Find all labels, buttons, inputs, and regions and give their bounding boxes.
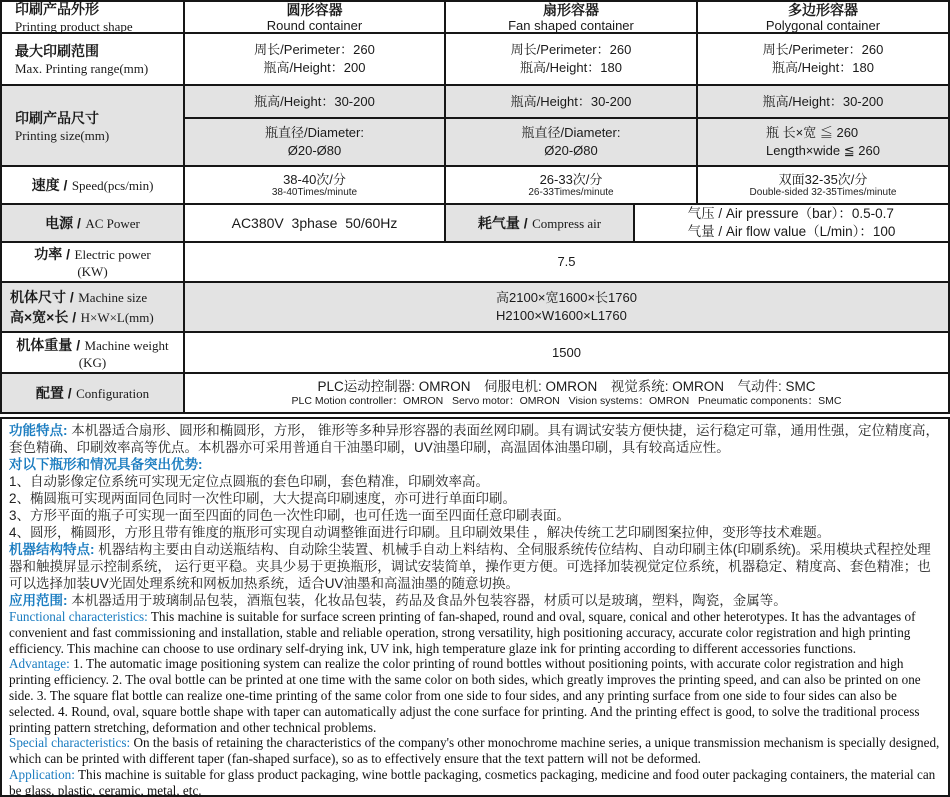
- speed-round-zh: 38-40次/分: [283, 172, 346, 187]
- cell-ac-power-value: AC380V 3phase 50/60Hz: [185, 205, 446, 241]
- label-machine-size-zh: 机体尺寸 /: [10, 289, 74, 305]
- col-round-en: Round container: [267, 18, 362, 33]
- cell-configuration-value: PLC运动控制器: OMRON 伺服电机: OMRON 视觉系统: OMRON …: [185, 374, 948, 412]
- speed-round-en: 38-40Times/minute: [272, 187, 357, 199]
- label-compress-air-zh: 耗气量 /: [478, 215, 528, 231]
- note-functional-zh-body: 本机器适合扇形、圆形和椭圆形，方形， 锥形等多种异形容器的表面丝网印刷。具有调试…: [9, 423, 939, 455]
- speed-fan-zh: 26-33次/分: [540, 172, 603, 187]
- note-advantage-item-4-zh: 4、圆形，椭圆形，方形且带有锥度的瓶形可实现自动调整锥面进行印刷。且印刷效果佳 …: [9, 524, 941, 541]
- note-advantages-heading-zh: 对以下瓶形和情况具备突出优势:: [9, 456, 941, 473]
- cell-compress-air-value: 气压 / Air pressure（bar）：0.5-0.7 气量 / Air …: [635, 205, 948, 241]
- note-application-en-head: Application:: [9, 767, 75, 782]
- advantage-3-zh: 3、方形平面的瓶子可实现一面至四面的同色一次性印刷，也可任选一面至四面任意印刷表…: [9, 508, 570, 523]
- machine-weight-value: 1500: [552, 344, 581, 362]
- cell-diameter-round: 瓶直径/Diameter: Ø20-Ø80: [185, 119, 446, 165]
- label-compress-air: 耗气量 / Compress air: [446, 205, 635, 241]
- printing-size-subgrid: 瓶高/Height：30-200 瓶高/Height：30-200 瓶高/Hei…: [185, 86, 948, 165]
- label-machine-weight-en: Machine weight: [85, 338, 169, 353]
- note-functional-en: Functional characteristics: This machine…: [9, 609, 941, 656]
- label-speed: 速度 / Speed(pcs/min): [2, 167, 185, 203]
- cell-range-fan: 周长/Perimeter：260 瓶高/Height：180: [446, 34, 698, 84]
- label-max-range: 最大印刷范围 Max. Printing range(mm): [2, 34, 185, 84]
- label-hwl-zh: 高×宽×长 /: [10, 309, 76, 325]
- note-advantage-en-body: 1. The automatic image positioning syste…: [9, 656, 921, 734]
- label-ac-power-en: AC Power: [85, 216, 140, 231]
- label-ac-power: 电源 / AC Power: [2, 205, 185, 241]
- range-fan-value: 周长/Perimeter：260 瓶高/Height：180: [511, 41, 632, 77]
- ac-power-value: AC380V 3phase 50/60Hz: [232, 215, 398, 231]
- row-ac-power: 电源 / AC Power AC380V 3phase 50/60Hz 耗气量 …: [2, 205, 948, 243]
- col-header-polygonal: 多边形容器 Polygonal container: [698, 2, 948, 32]
- note-functional-zh: 功能特点: 本机器适合扇形、圆形和椭圆形，方形， 锥形等多种异形容器的表面丝网印…: [9, 422, 941, 456]
- advantage-1-zh: 1、自动影像定位系统可实现无定位点圆瓶的套色印刷，套色精准，印刷效率高。: [9, 474, 489, 489]
- col-polygonal-zh: 多边形容器: [788, 2, 858, 18]
- note-functional-en-head: Functional characteristics:: [9, 609, 148, 624]
- label-electric-power-en: Electric power: [75, 247, 151, 262]
- notes-panel: 功能特点: 本机器适合扇形、圆形和椭圆形，方形， 锥形等多种异形容器的表面丝网印…: [0, 417, 950, 797]
- note-application-en-body: This machine is suitable for glass produ…: [9, 767, 935, 797]
- label-printing-size-en: Printing size(mm): [15, 128, 109, 144]
- note-functional-zh-head: 功能特点:: [9, 423, 68, 438]
- height-polygonal-value: 瓶高/Height：30-200: [763, 93, 884, 111]
- label-machine-weight: 机体重量 / Machine weight (KG): [2, 333, 185, 372]
- col-header-round: 圆形容器 Round container: [185, 2, 446, 32]
- label-speed-en: Speed(pcs/min): [72, 178, 154, 193]
- cell-height-fan: 瓶高/Height：30-200: [446, 86, 698, 117]
- row-product-shape: 印刷产品外形 Printing product shape 圆形容器 Round…: [2, 2, 948, 34]
- diameter-round-value: 瓶直径/Diameter: Ø20-Ø80: [265, 124, 364, 160]
- label-configuration-zh: 配置 /: [36, 385, 72, 401]
- label-printing-size-zh: 印刷产品尺寸: [15, 108, 99, 128]
- label-machine-weight-unit: (KG): [79, 355, 106, 371]
- cell-height-round: 瓶高/Height：30-200: [185, 86, 446, 117]
- row-machine-weight: 机体重量 / Machine weight (KG) 1500: [2, 333, 948, 374]
- col-header-fan: 扇形容器 Fan shaped container: [446, 2, 698, 32]
- note-special-en-head: Special characteristics:: [9, 735, 130, 750]
- row-speed: 速度 / Speed(pcs/min) 38-40次/分 38-40Times/…: [2, 167, 948, 205]
- electric-power-value: 7.5: [557, 253, 575, 271]
- cell-speed-fan: 26-33次/分 26-33Times/minute: [446, 167, 698, 203]
- configuration-value-zh: PLC运动控制器: OMRON 伺服电机: OMRON 视觉系统: OMRON …: [317, 379, 815, 395]
- subrow-bottle-diameter: 瓶直径/Diameter: Ø20-Ø80 瓶直径/Diameter: Ø20-…: [185, 119, 948, 165]
- label-machine-weight-zh: 机体重量 /: [16, 337, 80, 353]
- compress-air-value: 气压 / Air pressure（bar）：0.5-0.7 气量 / Air …: [688, 205, 896, 241]
- cell-length-wide-polygonal: 瓶 长×宽 ≦ 260 Length×wide ≦ 260: [698, 119, 948, 165]
- col-fan-zh: 扇形容器: [543, 2, 599, 18]
- row-machine-size: 机体尺寸 / Machine size 高×宽×长 / H×W×L(mm) 高2…: [2, 283, 948, 333]
- cell-machine-size-value: 高2100×宽1600×长1760 H2100×W1600×L1760: [185, 283, 948, 331]
- cell-height-polygonal: 瓶高/Height：30-200: [698, 86, 948, 117]
- row-max-printing-range: 最大印刷范围 Max. Printing range(mm) 周长/Perime…: [2, 34, 948, 86]
- note-structure-zh-body: 机器结构主要由自动送瓶结构、自动除尘装置、机械手自动上料结构、全伺服系统传位结构…: [9, 542, 931, 591]
- label-electric-power-unit: (KW): [77, 264, 107, 280]
- label-hwl-en: H×W×L(mm): [81, 310, 154, 325]
- label-configuration-en: Configuration: [76, 386, 149, 401]
- note-advantages-zh-head: 对以下瓶形和情况具备突出优势:: [9, 457, 203, 472]
- note-advantage-item-2-zh: 2、椭圆瓶可实现两面同色同时一次性印刷，大大提高印刷速度，亦可进行单面印刷。: [9, 490, 941, 507]
- note-advantage-item-3-zh: 3、方形平面的瓶子可实现一面至四面的同色一次性印刷，也可任选一面至四面任意印刷表…: [9, 507, 941, 524]
- cell-speed-round: 38-40次/分 38-40Times/minute: [185, 167, 446, 203]
- range-round-value: 周长/Perimeter：260 瓶高/Height：200: [254, 41, 375, 77]
- label-product-shape-en: Printing product shape: [15, 19, 133, 32]
- note-application-zh-body: 本机器适用于玻璃制品包装，酒瓶包装，化妆品包装，药品及食品外包装容器，材质可以是…: [71, 593, 787, 608]
- note-structure-zh-head: 机器结构特点:: [9, 542, 95, 557]
- note-structure-zh: 机器结构特点: 机器结构主要由自动送瓶结构、自动除尘装置、机械手自动上料结构、全…: [9, 541, 941, 592]
- cell-range-round: 周长/Perimeter：260 瓶高/Height：200: [185, 34, 446, 84]
- label-configuration: 配置 / Configuration: [2, 374, 185, 412]
- configuration-value-en: PLC Motion controller：OMRON Servo motor：…: [291, 395, 841, 408]
- advantage-4-zh: 4、圆形，椭圆形，方形且带有锥度的瓶形可实现自动调整锥面进行印刷。且印刷效果佳 …: [9, 525, 830, 540]
- length-wide-value: 瓶 长×宽 ≦ 260 Length×wide ≦ 260: [766, 124, 880, 160]
- label-compress-air-en: Compress air: [532, 216, 601, 231]
- note-advantage-en-head: Advantage:: [9, 656, 70, 671]
- height-fan-value: 瓶高/Height：30-200: [511, 93, 632, 111]
- row-electric-power: 功率 / Electric power (KW) 7.5: [2, 243, 948, 283]
- note-advantage-item-1-zh: 1、自动影像定位系统可实现无定位点圆瓶的套色印刷，套色精准，印刷效率高。: [9, 473, 941, 490]
- label-machine-size: 机体尺寸 / Machine size 高×宽×长 / H×W×L(mm): [2, 283, 185, 331]
- cell-electric-power-value: 7.5: [185, 243, 948, 281]
- note-advantage-en: Advantage: 1. The automatic image positi…: [9, 656, 941, 735]
- col-fan-en: Fan shaped container: [508, 18, 634, 33]
- subrow-bottle-height: 瓶高/Height：30-200 瓶高/Height：30-200 瓶高/Hei…: [185, 86, 948, 119]
- cell-diameter-fan: 瓶直径/Diameter: Ø20-Ø80: [446, 119, 698, 165]
- cell-machine-weight-value: 1500: [185, 333, 948, 372]
- speed-polygonal-zh: 双面32-35次/分: [779, 172, 868, 187]
- cell-range-polygonal: 周长/Perimeter：260 瓶高/Height：180: [698, 34, 948, 84]
- advantage-2-zh: 2、椭圆瓶可实现两面同色同时一次性印刷，大大提高印刷速度，亦可进行单面印刷。: [9, 491, 516, 506]
- machine-size-value: 高2100×宽1600×长1760 H2100×W1600×L1760: [496, 289, 637, 325]
- speed-fan-en: 26-33Times/minute: [528, 187, 613, 199]
- label-product-shape-zh: 印刷产品外形: [15, 2, 99, 19]
- note-application-en: Application: This machine is suitable fo…: [9, 767, 941, 797]
- label-ac-power-zh: 电源 /: [45, 215, 81, 231]
- spec-table: 印刷产品外形 Printing product shape 圆形容器 Round…: [0, 0, 950, 414]
- range-polygonal-value: 周长/Perimeter：260 瓶高/Height：180: [763, 41, 884, 77]
- note-special-en-body: On the basis of retaining the characteri…: [9, 735, 939, 766]
- label-electric-power: 功率 / Electric power (KW): [2, 243, 185, 281]
- label-max-range-zh: 最大印刷范围: [15, 41, 99, 61]
- note-special-en: Special characteristics: On the basis of…: [9, 735, 941, 767]
- height-round-value: 瓶高/Height：30-200: [254, 93, 375, 111]
- col-polygonal-en: Polygonal container: [766, 18, 880, 33]
- label-machine-size-en: Machine size: [78, 290, 147, 305]
- diameter-fan-value: 瓶直径/Diameter: Ø20-Ø80: [522, 124, 621, 160]
- label-product-shape: 印刷产品外形 Printing product shape: [2, 2, 185, 32]
- label-electric-power-zh: 功率 /: [34, 246, 70, 262]
- label-speed-zh: 速度 /: [32, 177, 68, 193]
- col-round-zh: 圆形容器: [287, 2, 343, 18]
- cell-speed-polygonal: 双面32-35次/分 Double-sided 32-35Times/minut…: [698, 167, 948, 203]
- label-max-range-en: Max. Printing range(mm): [15, 61, 148, 77]
- note-application-zh-head: 应用范围:: [9, 593, 68, 608]
- row-printing-size: 印刷产品尺寸 Printing size(mm) 瓶高/Height：30-20…: [2, 86, 948, 167]
- speed-polygonal-en: Double-sided 32-35Times/minute: [750, 187, 897, 199]
- note-application-zh: 应用范围: 本机器适用于玻璃制品包装，酒瓶包装，化妆品包装，药品及食品外包装容器…: [9, 592, 941, 609]
- label-printing-size: 印刷产品尺寸 Printing size(mm): [2, 86, 185, 165]
- row-configuration: 配置 / Configuration PLC运动控制器: OMRON 伺服电机:…: [2, 374, 948, 412]
